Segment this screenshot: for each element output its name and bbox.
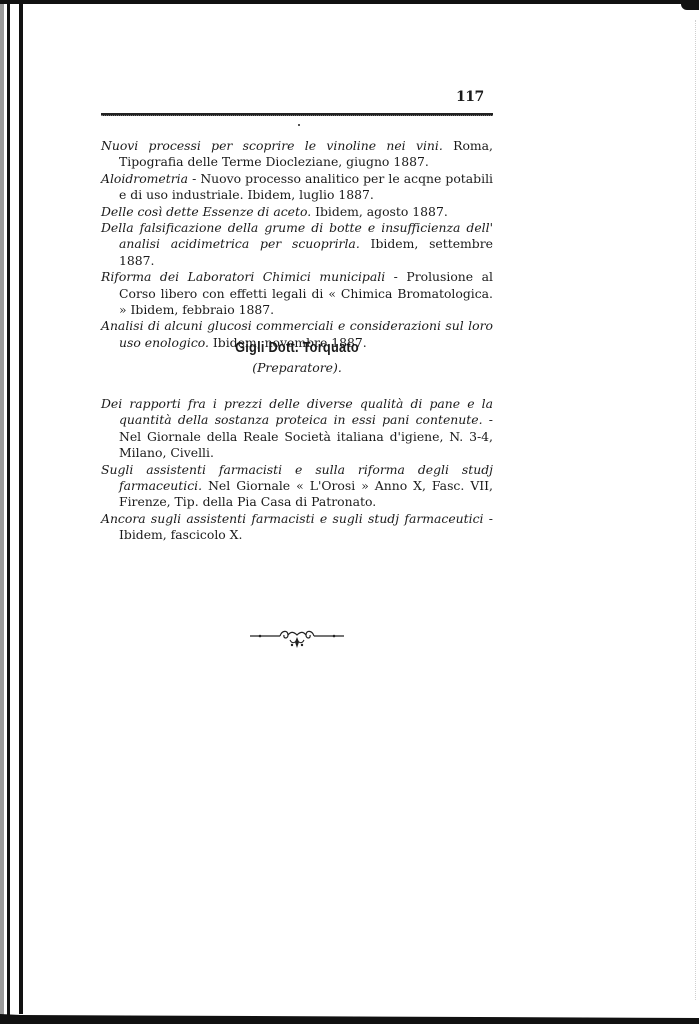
scan-edge-top (0, 0, 699, 4)
entry-details: Ibidem, agosto 1887. (311, 204, 448, 219)
author-role: (Preparatore). (0, 360, 594, 375)
page-number: 117 (456, 89, 484, 105)
entry-title: Nuovi processi per scoprire le vinoline … (101, 138, 443, 153)
publication-list-1: Nuovi processi per scoprire le vinoline … (101, 138, 493, 351)
scan-corner-top-right (681, 0, 699, 10)
entry-title: Aloidrometria (101, 171, 188, 186)
publication-entry: Dei rapporti fra i prezzi delle diverse … (101, 396, 493, 462)
entry-title: Delle così dette Essenze di aceto. (101, 204, 311, 219)
page-left-border (19, 4, 23, 1014)
scan-edge-left (0, 0, 4, 1024)
entry-title: Ancora sugli assistenti farmacisti e sug… (101, 511, 484, 526)
publication-entry: Aloidrometria - Nuovo processo analitico… (101, 171, 493, 204)
publication-entry: Sugli assistenti farmacisti e sulla rifo… (101, 462, 493, 511)
scan-binding-line (7, 0, 10, 1024)
publication-entry: Ancora sugli assistenti farmacisti e sug… (101, 511, 493, 544)
publication-entry: Nuovi processi per scoprire le vinoline … (101, 138, 493, 171)
publication-entry: Delle così dette Essenze di aceto. Ibide… (101, 204, 493, 220)
publication-entry: Della falsificazione della grume di bott… (101, 220, 493, 269)
publication-entry: Riforma dei Laboratori Chimici municipal… (101, 269, 493, 318)
entry-title: Riforma dei Laboratori Chimici municipal… (101, 269, 385, 284)
fleuron-tailpiece-icon (250, 628, 344, 650)
header-rule (101, 113, 493, 116)
publication-list-2: Dei rapporti fra i prezzi delle diverse … (101, 396, 493, 544)
scan-edge-bottom (0, 1014, 699, 1024)
print-speck (298, 124, 300, 126)
author-heading: Gigli Dott. Torquato (45, 339, 550, 356)
scan-edge-right (695, 20, 697, 1000)
entry-title: Dei rapporti fra i prezzi delle diverse … (101, 396, 493, 427)
